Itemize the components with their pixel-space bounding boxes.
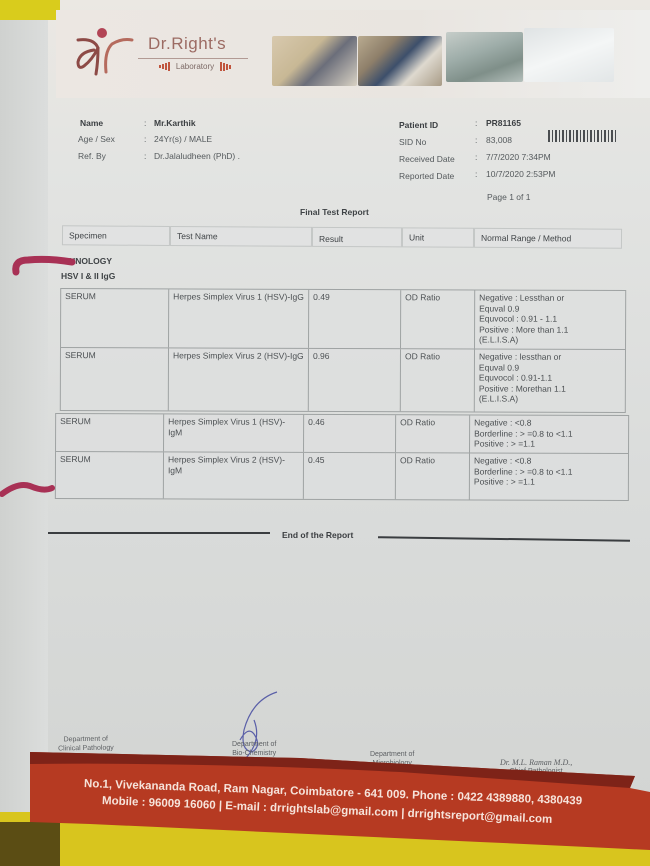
normal-range-cell: Negative : <0.8Borderline : > =0.8 to <1…: [470, 453, 628, 500]
patient-name: Mr.Karthik: [154, 118, 196, 128]
unit-cell: OD Ratio: [401, 349, 475, 411]
table-row: SERUM Herpes Simplex Virus 1 (HSV)-IgM 0…: [56, 414, 628, 454]
previous-page-edge: [0, 14, 50, 814]
unit-cell: OD Ratio: [401, 290, 475, 348]
col-result: Result: [312, 227, 402, 248]
age-sex-label: Age / Sex: [78, 134, 115, 144]
patient-id-value: PR81165: [486, 118, 521, 128]
page-number: Page 1 of 1: [487, 192, 530, 202]
table-row: SERUM Herpes Simplex Virus 2 (HSV)-IgG 0…: [61, 348, 625, 412]
specimen-cell: SERUM: [61, 289, 169, 347]
range-line: (E.L.I.S.A): [479, 334, 621, 345]
binding-thread-top: [8, 252, 78, 278]
result-cell: 0.46: [304, 415, 396, 452]
range-line: Borderline : > =0.8 to <1.1: [474, 466, 624, 477]
patient-id-label: Patient ID: [399, 120, 438, 130]
end-rule-left: [48, 532, 270, 534]
sid-value: 83,008: [486, 135, 512, 145]
igg-results-table: SERUM Herpes Simplex Virus 1 (HSV)-IgG 0…: [60, 288, 626, 413]
binding-thread-bottom: [0, 478, 60, 502]
lab-photo-glare: [524, 28, 614, 82]
unit-cell: OD Ratio: [396, 453, 470, 499]
range-line: Equval 0.9: [479, 362, 621, 373]
table-row: SERUM Herpes Simplex Virus 1 (HSV)-IgG 0…: [61, 289, 625, 350]
specimen-cell: SERUM: [56, 414, 164, 451]
age-colon: :: [144, 134, 146, 144]
col-unit: Unit: [402, 227, 474, 247]
ref-by-label: Ref. By: [78, 151, 106, 161]
specimen-cell: SERUM: [61, 348, 169, 410]
reported-date-value: 10/7/2020 2:53PM: [486, 169, 555, 179]
patient-id-colon: :: [475, 118, 477, 128]
specimen-cell: SERUM: [56, 452, 164, 498]
range-line: Negative : <0.8: [474, 455, 624, 466]
result-cell: 0.45: [304, 453, 396, 499]
sound-bars-left-icon: [159, 62, 170, 71]
end-of-report: End of the Report: [282, 530, 353, 540]
yellow-folder: [0, 0, 60, 20]
reported-colon: :: [475, 169, 477, 179]
received-date-label: Received Date: [399, 154, 455, 164]
table-header: Specimen Test Name Result Unit Normal Ra…: [62, 225, 622, 248]
unit-cell: OD Ratio: [396, 415, 470, 452]
test-name-cell: Herpes Simplex Virus 2 (HSV)-IgM: [164, 452, 304, 498]
range-line: Equvocol : 0.91-1.1: [479, 372, 621, 383]
range-line: Positive : > =1.1: [474, 438, 624, 449]
lab-photo-workstation: [358, 36, 442, 86]
test-name-cell: Herpes Simplex Virus 1 (HSV)-IgM: [164, 414, 304, 451]
range-line: Equval 0.9: [479, 303, 621, 314]
ref-colon: :: [144, 151, 146, 161]
sid-colon: :: [475, 135, 477, 145]
table-row: SERUM Herpes Simplex Virus 2 (HSV)-IgM 0…: [56, 452, 628, 500]
col-specimen: Specimen: [62, 225, 170, 246]
report-title: Final Test Report: [300, 207, 369, 217]
sid-barcode: [548, 130, 616, 142]
sound-bars-right-icon: [220, 62, 231, 71]
lab-name: Dr.Right's: [148, 34, 226, 54]
lab-logo-icon: [72, 26, 134, 78]
result-cell: 0.49: [309, 290, 401, 348]
lab-photo-equipment: [446, 32, 523, 82]
normal-range-cell: Negative : Lessthan orEquval 0.9Equvocol…: [475, 290, 625, 349]
sig-clinical-pathology: Department of Clinical Pathology: [58, 735, 114, 754]
brand-divider: [138, 58, 248, 59]
lab-photo-reception: [272, 36, 357, 86]
normal-range-cell: Negative : lessthan orEquval 0.9Equvocol…: [475, 349, 625, 412]
igm-results-table: SERUM Herpes Simplex Virus 1 (HSV)-IgM 0…: [55, 413, 629, 501]
name-colon: :: [144, 118, 146, 128]
range-line: Positive : More than 1.1: [479, 324, 621, 335]
name-label: Name: [80, 118, 103, 128]
age-sex-value: 24Yr(s) / MALE: [154, 134, 212, 144]
range-line: Positive : Morethan 1.1: [479, 383, 621, 394]
range-line: Negative : lessthan or: [479, 351, 621, 362]
col-test-name: Test Name: [170, 226, 312, 247]
ref-by-value: Dr.Jalaludheen (PhD) .: [154, 151, 240, 161]
range-line: Equvocol : 0.91 - 1.1: [479, 313, 621, 324]
range-line: Negative : Lessthan or: [479, 292, 621, 303]
test-name-cell: Herpes Simplex Virus 2 (HSV)-IgG: [169, 348, 309, 410]
range-line: Negative : <0.8: [474, 417, 624, 428]
reported-date-label: Reported Date: [399, 171, 454, 181]
range-line: Borderline : > =0.8 to <1.1: [474, 428, 624, 439]
range-line: Positive : > =1.1: [474, 476, 624, 487]
received-colon: :: [475, 152, 477, 162]
lab-subtitle: Laboratory: [176, 62, 214, 71]
col-normal-range: Normal Range / Method: [474, 228, 622, 249]
sid-label: SID No: [399, 137, 426, 147]
range-line: (E.L.I.S.A): [479, 393, 621, 404]
received-date-value: 7/7/2020 7:34PM: [486, 152, 551, 162]
normal-range-cell: Negative : <0.8Borderline : > =0.8 to <1…: [470, 415, 628, 453]
test-name-cell: Herpes Simplex Virus 1 (HSV)-IgG: [169, 289, 309, 347]
lab-subtitle-row: Laboratory: [140, 62, 250, 71]
result-cell: 0.96: [309, 349, 401, 411]
